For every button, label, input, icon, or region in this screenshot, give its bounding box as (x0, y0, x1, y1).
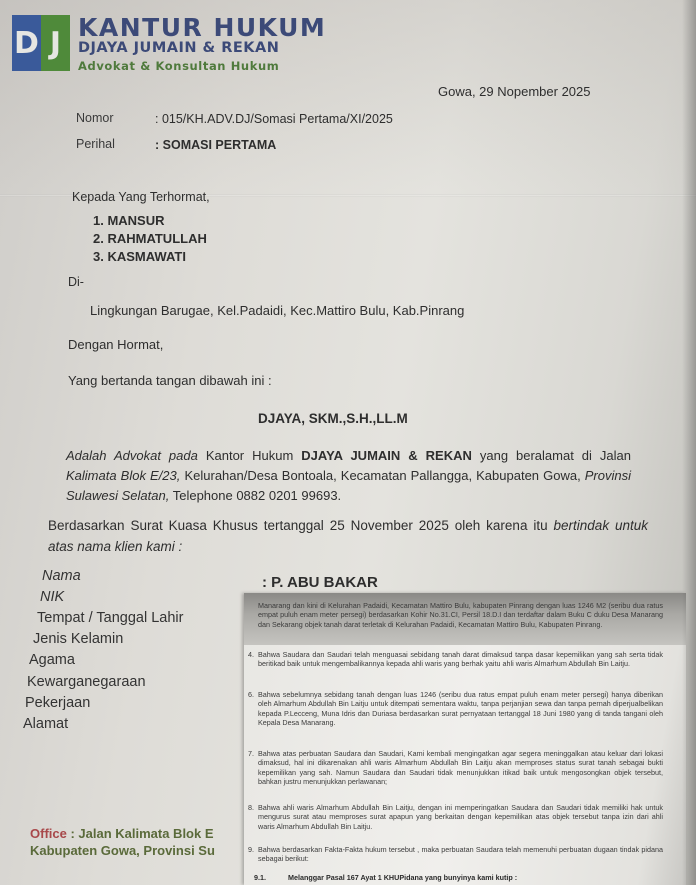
adv-text-1: Kantor Hukum (198, 448, 301, 463)
kuasa-text: Berdasarkan Surat Kuasa Khusus tertangga… (48, 518, 554, 533)
signatory-name: DJAYA, SKM.,S.H.,LL.M (258, 411, 408, 426)
overlay-item-4: 4.Bahwa Saudara dan Saudari telah mengua… (258, 650, 663, 669)
recipient-1: 1. MANSUR (93, 213, 165, 228)
advocate-paragraph: Adalah Advokat pada Kantor Hukum DJAYA J… (66, 446, 631, 506)
overlay-item-8-text: Bahwa ahli waris Almarhum Abdullah Bin L… (258, 803, 663, 831)
adv-italic-1: Adalah Advokat pada (66, 448, 198, 463)
overlay-item-8: 8.Bahwa ahli waris Almarhum Abdullah Bin… (258, 803, 663, 831)
client-label-jenis-kelamin: Jenis Kelamin (33, 631, 123, 647)
overlay-item-9: 9.Bahwa berdasarkan Fakta-Fakta hukum te… (258, 845, 663, 864)
overlay-item-9-1: 9.1.Melanggar Pasal 167 Ayat 1 KHUPidana… (258, 873, 663, 882)
overlay-item-6-text: Bahwa sebelumnya sebidang tanah dengan l… (258, 690, 663, 727)
letter-footer: Office : Jalan Kalimata Blok E Kabupaten… (0, 820, 244, 865)
footer-line-1: Office : Jalan Kalimata Blok E (30, 826, 214, 841)
adv-text-3: Kelurahan/Desa Bontoala, Kecamatan Palla… (180, 468, 584, 483)
perihal-value: : SOMASI PERTAMA (155, 138, 276, 152)
intro-text: Yang bertanda tangan dibawah ini : (68, 373, 272, 388)
letterhead-tagline: Advokat & Konsultan Hukum (78, 59, 279, 73)
footer-line-2: Kabupaten Gowa, Provinsi Su (30, 843, 215, 858)
overlay-item-9-num: 9. (248, 845, 254, 854)
overlay-item-6-num: 6. (248, 690, 254, 699)
recipient-2: 2. RAHMATULLAH (93, 231, 207, 246)
client-label-agama: Agama (29, 652, 75, 668)
overlay-item-7-num: 7. (248, 749, 254, 758)
recipient-greeting: Kepada Yang Terhormat, (72, 190, 210, 204)
paper-edge-shadow (682, 0, 696, 885)
footer-office-label: Office (30, 826, 67, 841)
overlay-item-9-text: Bahwa berdasarkan Fakta-Fakta hukum ters… (258, 845, 663, 863)
firm-name-bold: DJAYA JUMAIN & REKAN (301, 448, 472, 463)
client-name-value: : P. ABU BAKAR (262, 574, 378, 591)
logo-j: J (41, 15, 70, 71)
client-label-alamat: Alamat (23, 716, 68, 732)
adv-text-2: yang beralamat di Jalan (472, 448, 631, 463)
overlay-item-4-text: Bahwa Saudara dan Saudari telah menguasa… (258, 650, 663, 668)
letterhead-title: KANTUR HUKUM (78, 13, 326, 42)
letterhead-firm-name: DJAYA JUMAIN & REKAN (78, 40, 279, 56)
footer-address-1: : Jalan Kalimata Blok E (67, 826, 214, 841)
perihal-label: Perihal (76, 137, 115, 151)
logo-d: D (12, 15, 41, 71)
overlay-item-7: 7.Bahwa atas perbuatan Saudara dan Sauda… (258, 749, 663, 787)
client-label-ttl: Tempat / Tanggal Lahir (37, 610, 183, 626)
overlay-item-4-num: 4. (248, 650, 254, 659)
adv-text-4: Telephone 0882 0201 99693. (169, 488, 341, 503)
overlay-item-9-1-text: Melanggar Pasal 167 Ayat 1 KHUPidana yan… (288, 873, 517, 882)
overlay-item-9-1-num: 9.1. (254, 873, 266, 882)
overlay-item-8-num: 8. (248, 803, 254, 812)
nomor-value: : 015/KH.ADV.DJ/Somasi Pertama/XI/2025 (155, 112, 393, 126)
recipient-3: 3. KASMAWATI (93, 249, 186, 264)
overlay-page: Manarang dan kini di Kelurahan Padaidi, … (244, 593, 686, 885)
salutation: Dengan Hormat, (68, 337, 163, 352)
firm-logo: D J (12, 15, 70, 71)
client-label-nik: NIK (40, 589, 64, 605)
di-label: Di- (68, 275, 84, 289)
overlay-item-7-text: Bahwa atas perbuatan Saudara dan Saudari… (258, 749, 663, 786)
client-label-nama: Nama (42, 568, 81, 584)
letter-date: Gowa, 29 Nopember 2025 (438, 84, 590, 99)
nomor-label: Nomor (76, 111, 114, 125)
power-of-attorney-paragraph: Berdasarkan Surat Kuasa Khusus tertangga… (48, 515, 648, 557)
overlay-item-6: 6.Bahwa sebelumnya sebidang tanah dengan… (258, 690, 663, 728)
recipient-address: Lingkungan Barugae, Kel.Padaidi, Kec.Mat… (90, 303, 464, 318)
overlay-para-continued: Manarang dan kini di Kelurahan Padaidi, … (258, 601, 663, 629)
client-label-pekerjaan: Pekerjaan (25, 695, 90, 711)
client-label-kewarganegaraan: Kewarganegaraan (27, 674, 146, 690)
adv-italic-2: Kalimata Blok E/23, (66, 468, 180, 483)
